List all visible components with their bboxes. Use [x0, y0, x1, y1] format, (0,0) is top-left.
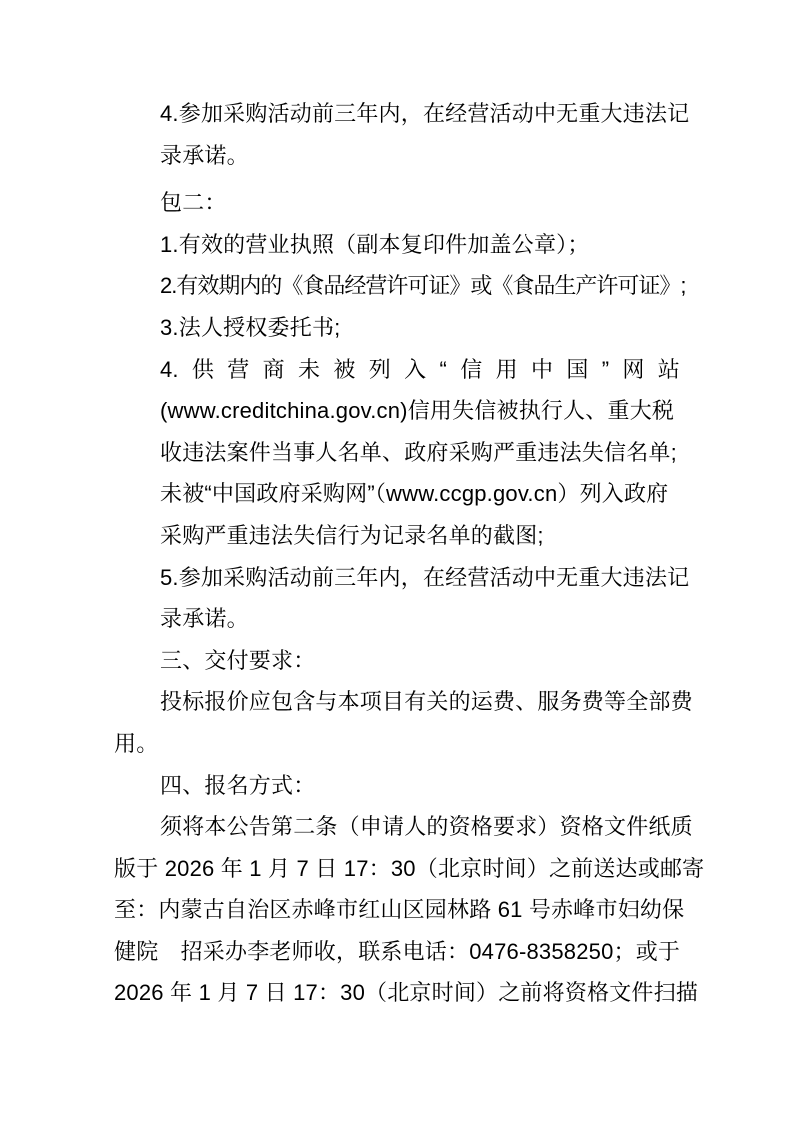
document-page: 4.参加采购活动前三年内，在经营活动中无重大违法记 录承诺。 包二： 1.有效的…	[0, 0, 793, 1121]
text-line: 健院 招采办李老师收，联系电话：0476-8358250；或于	[114, 931, 680, 973]
text-line: 版于 2026 年 1 月 7 日 17：30（北京时间）之前送达或邮寄	[114, 848, 680, 890]
text-line: 未被“中国政府采购网”（www.ccgp.gov.cn）列入政府	[114, 473, 680, 515]
text-line: (www.creditchina.gov.cn)信用失信被执行人、重大税	[114, 390, 680, 432]
section-heading-delivery: 三、交付要求：	[114, 640, 680, 682]
text-line: 录承诺。	[114, 598, 680, 640]
text-line: 4.供营商未被列入“信用中国”网站	[114, 349, 680, 391]
text-line: 3.法人授权委托书;	[114, 307, 680, 349]
text-line: 收违法案件当事人名单、政府采购严重违法失信名单;	[114, 432, 680, 474]
text-line: 用。	[114, 723, 680, 765]
text-line: 4.参加采购活动前三年内，在经营活动中无重大违法记	[114, 93, 680, 135]
text-line: 投标报价应包含与本项目有关的运费、服务费等全部费	[114, 681, 680, 723]
text-line: 2026 年 1 月 7 日 17：30（北京时间）之前将资格文件扫描	[114, 972, 680, 1014]
text-line: 1.有效的营业执照（副本复印件加盖公章）；	[114, 224, 680, 266]
text-block: 4.参加采购活动前三年内，在经营活动中无重大违法记 录承诺。 包二： 1.有效的…	[114, 93, 680, 1014]
text-line: 2.有效期内的《食品经营许可证》或《食品生产许可证》;	[114, 265, 680, 307]
package-two-heading: 包二：	[114, 182, 680, 224]
text-line: 采购严重违法失信行为记录名单的截图;	[114, 515, 680, 557]
text-line: 至：内蒙古自治区赤峰市红山区园林路 61 号赤峰市妇幼保	[114, 889, 680, 931]
text-line: 须将本公告第二条（申请人的资格要求）资格文件纸质	[114, 806, 680, 848]
text-line: 5.参加采购活动前三年内，在经营活动中无重大违法记	[114, 557, 680, 599]
text-line: 录承诺。	[114, 135, 680, 177]
section-heading-registration: 四、报名方式：	[114, 765, 680, 807]
